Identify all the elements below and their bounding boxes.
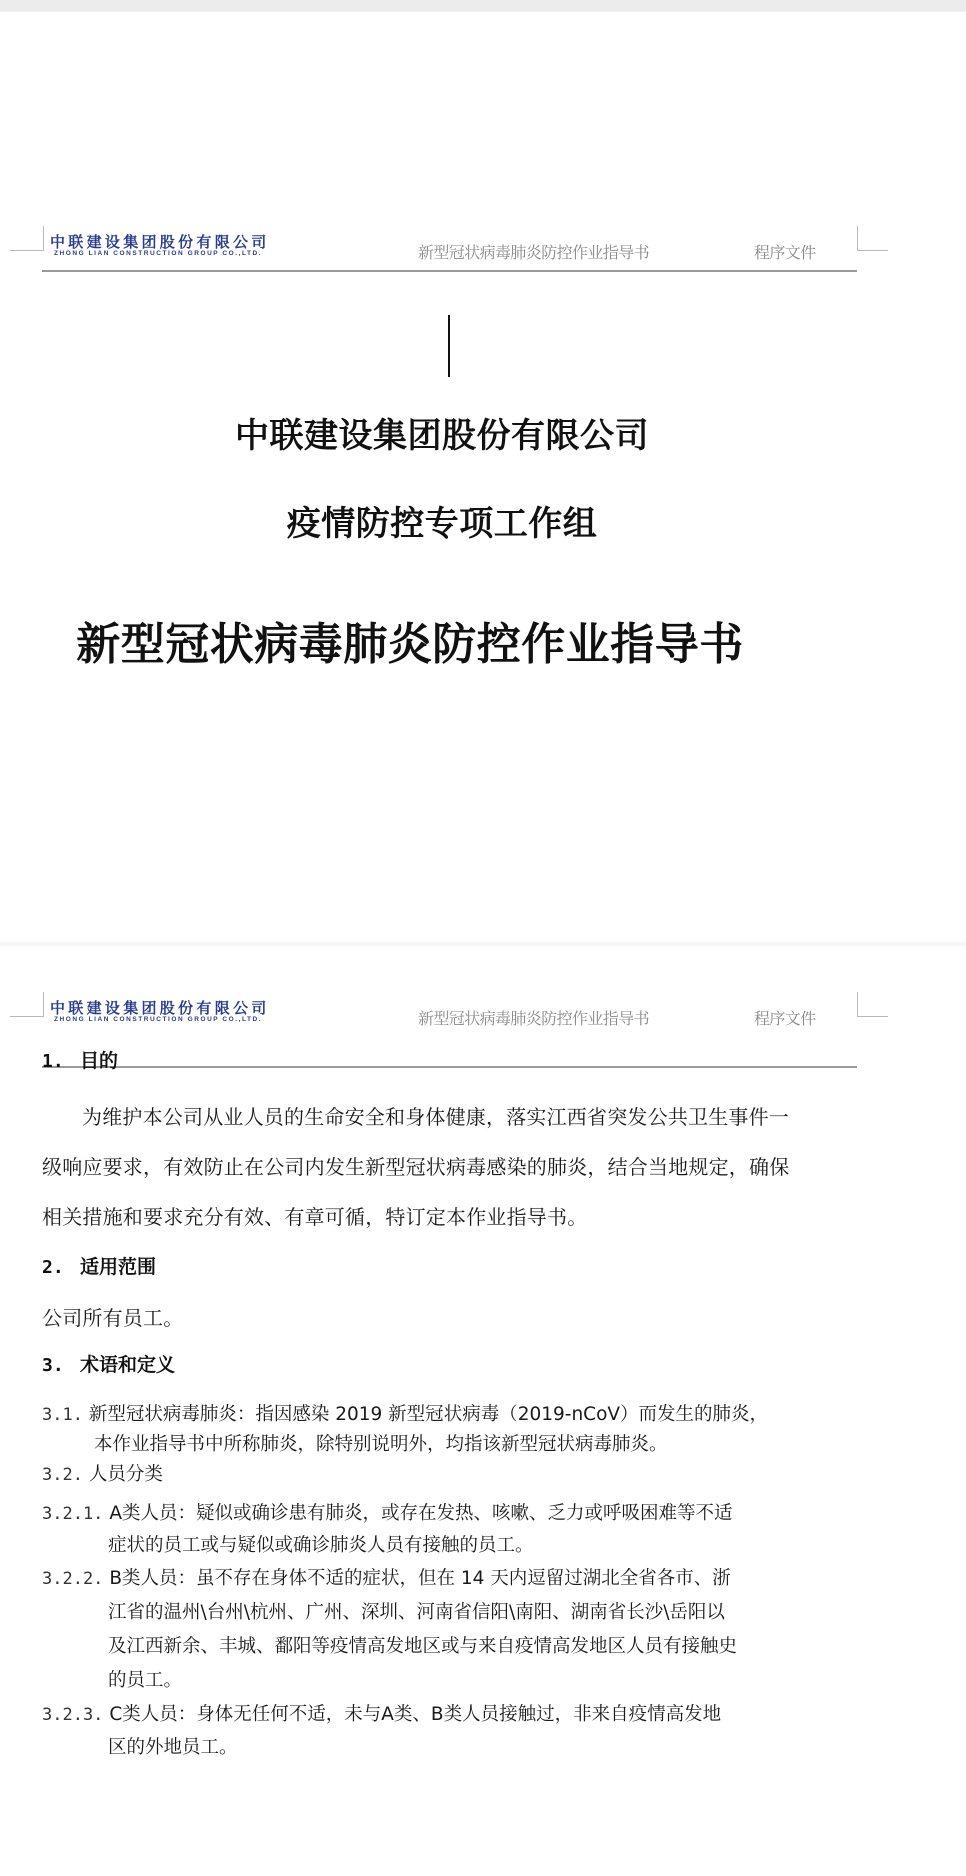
header-rule <box>42 270 857 272</box>
item-text-line: 新型冠状病毒肺炎：指因感染 2019 新型冠状病毒（2019-nCoV）而发生的… <box>89 1404 768 1425</box>
company-logo: 中联建设集团股份有限公司 ZHONG LIAN CONSTRUCTION GRO… <box>50 234 270 258</box>
section-number: 1. <box>42 1051 80 1072</box>
company-logo: 中联建设集团股份有限公司 ZHONG LIAN CONSTRUCTION GRO… <box>50 1000 270 1024</box>
cover-company-name: 中联建设集团股份有限公司 <box>0 408 892 457</box>
page-header: 中联建设集团股份有限公司 ZHONG LIAN CONSTRUCTION GRO… <box>0 226 966 286</box>
definition-item-3-2-3-cont: 区的外地员工。 <box>108 1733 238 1759</box>
header-corner-mark-left <box>10 992 44 1017</box>
header-corner-mark-left <box>10 226 44 251</box>
definition-item-3-2-3: 3.2.3. C类人员：身体无任何不适，未与A类、B类人员接触过，非来自疫情高发… <box>42 1700 721 1726</box>
definition-item-3-2-2-cont: 及江西新余、丰城、鄱阳等疫情高发地区或与来自疫情高发地区人员有接触史 <box>108 1632 737 1658</box>
viewer-top-bar <box>0 0 966 12</box>
section-heading-scope: 2.适用范围 <box>42 1252 156 1279</box>
document-page-body: 中联建设集团股份有限公司 ZHONG LIAN CONSTRUCTION GRO… <box>0 946 966 1876</box>
purpose-paragraph-line: 为维护本公司从业人员的生命安全和身体健康，落实江西省突发公共卫生事件一 <box>82 1101 789 1130</box>
definition-item-3-2-2-cont: 的员工。 <box>108 1666 182 1692</box>
item-number: 3.1. <box>42 1405 83 1425</box>
logo-company-cn: 中联建设集团股份有限公司 <box>50 1000 270 1016</box>
header-doc-type: 程序文件 <box>754 240 816 263</box>
text-cursor <box>448 315 450 377</box>
page-header: 中联建设集团股份有限公司 ZHONG LIAN CONSTRUCTION GRO… <box>0 992 966 1052</box>
document-page-cover: 中联建设集团股份有限公司 ZHONG LIAN CONSTRUCTION GRO… <box>0 12 966 942</box>
header-doc-type: 程序文件 <box>754 1006 816 1029</box>
definition-item-3-2-2-cont: 江省的温州\台州\杭州、广州、深圳、河南省信阳\南阳、湖南省长沙\岳阳以 <box>108 1598 725 1624</box>
logo-company-cn: 中联建设集团股份有限公司 <box>50 234 270 250</box>
section-heading-definitions: 3.术语和定义 <box>42 1350 175 1377</box>
item-text-line: 人员分类 <box>89 1464 163 1485</box>
definition-item-3-2-1-cont: 症状的员工或与疑似或确诊肺炎人员有接触的员工。 <box>108 1531 534 1557</box>
header-doc-title: 新型冠状病毒肺炎防控作业指导书 <box>418 1006 649 1029</box>
cover-workgroup-name: 疫情防控专项工作组 <box>0 496 892 545</box>
section-title: 适用范围 <box>80 1256 156 1278</box>
definition-item-3-2: 3.2. 人员分类 <box>42 1460 163 1486</box>
item-text-line: A类人员：疑似或确诊患有肺炎，或存在发热、咳嗽、乏力或呼吸困难等不适 <box>109 1503 732 1524</box>
item-text-line: C类人员：身体无任何不适，未与A类、B类人员接触过，非来自疫情高发地 <box>109 1704 721 1725</box>
section-number: 2. <box>42 1257 80 1278</box>
item-text-line: B类人员：虽不存在身体不适的症状，但在 14 天内逗留过湖北全省各市、浙 <box>109 1568 731 1589</box>
item-number: 3.2.2. <box>42 1569 103 1589</box>
cover-document-title: 新型冠状病毒肺炎防控作业指导书 <box>0 608 860 672</box>
section-number: 3. <box>42 1355 80 1376</box>
section-heading-purpose: 1.目的 <box>42 1046 118 1073</box>
definition-item-3-2-1: 3.2.1. A类人员：疑似或确诊患有肺炎，或存在发热、咳嗽、乏力或呼吸困难等不… <box>42 1499 732 1525</box>
item-number: 3.2.1. <box>42 1504 103 1524</box>
header-corner-mark-right <box>857 992 888 1017</box>
header-corner-mark-right <box>857 226 888 251</box>
header-rule <box>42 1066 857 1068</box>
definition-item-3-1: 3.1. 新型冠状病毒肺炎：指因感染 2019 新型冠状病毒（2019-nCoV… <box>42 1400 768 1426</box>
definition-item-3-1-cont: 本作业指导书中所称肺炎，除特别说明外，均指该新型冠状病毒肺炎。 <box>94 1430 668 1456</box>
section-title: 目的 <box>80 1050 118 1072</box>
logo-company-en: ZHONG LIAN CONSTRUCTION GROUP CO.,LTD. <box>54 1016 270 1024</box>
purpose-paragraph-line: 相关措施和要求充分有效、有章可循，特订定本作业指导书。 <box>42 1201 587 1230</box>
section-title: 术语和定义 <box>80 1354 175 1376</box>
definition-item-3-2-2: 3.2.2. B类人员：虽不存在身体不适的症状，但在 14 天内逗留过湖北全省各… <box>42 1564 731 1590</box>
logo-company-en: ZHONG LIAN CONSTRUCTION GROUP CO.,LTD. <box>54 250 270 258</box>
item-number: 3.2.3. <box>42 1705 103 1725</box>
item-number: 3.2. <box>42 1465 83 1485</box>
scope-text: 公司所有员工。 <box>42 1302 183 1331</box>
header-doc-title: 新型冠状病毒肺炎防控作业指导书 <box>418 240 649 263</box>
purpose-paragraph-line: 级响应要求，有效防止在公司内发生新型冠状病毒感染的肺炎，结合当地规定，确保 <box>42 1151 789 1180</box>
